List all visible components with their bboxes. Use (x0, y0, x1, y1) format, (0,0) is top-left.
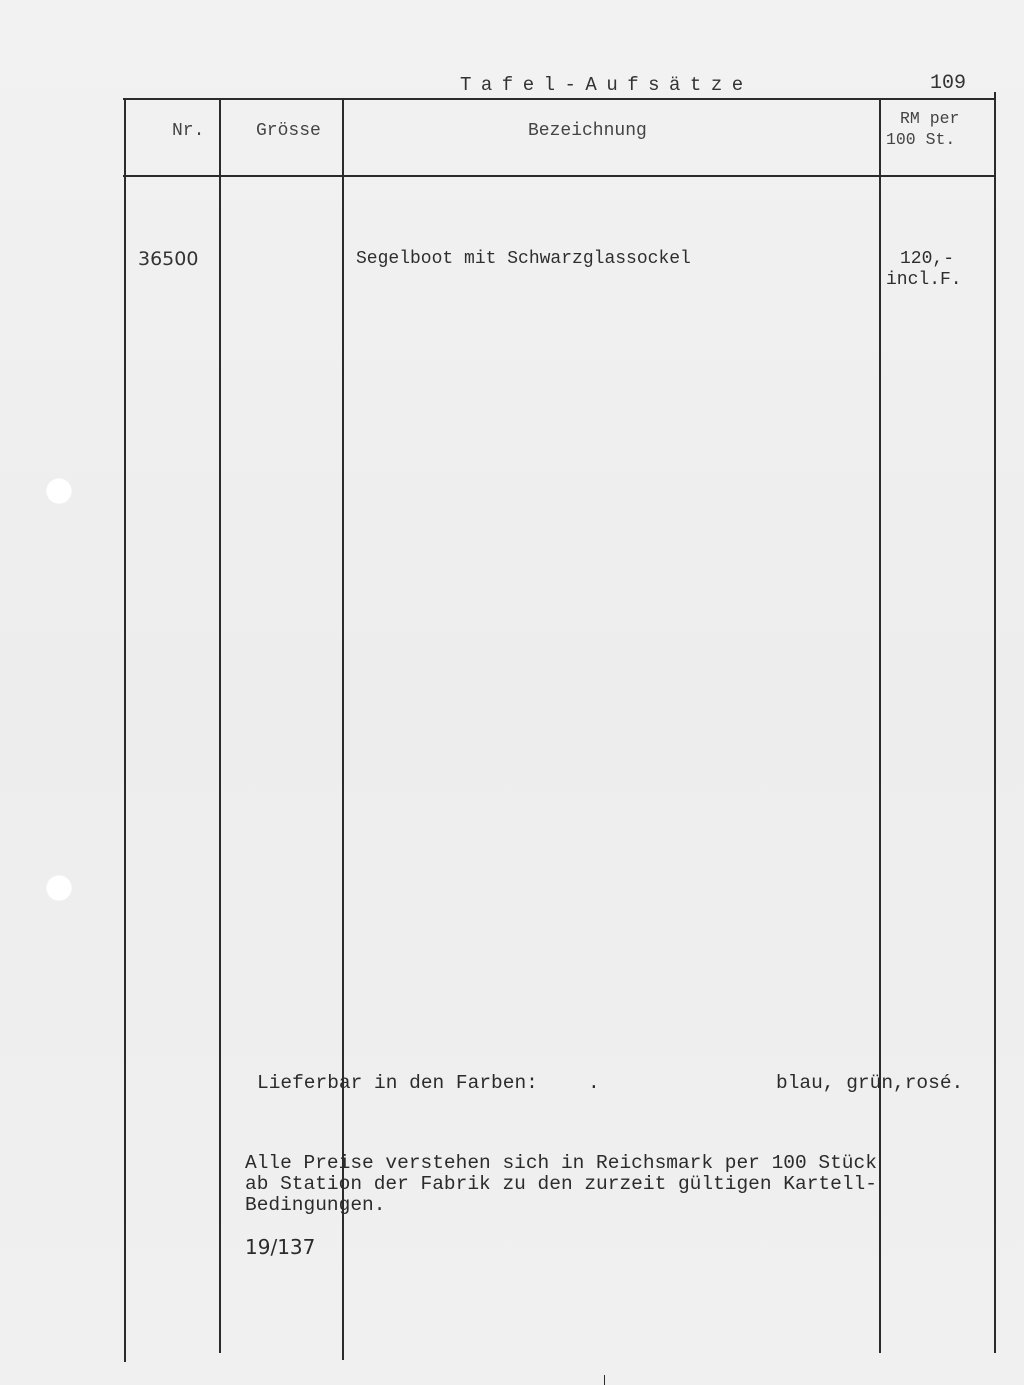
item-description: Segelboot mit Schwarzglassockel (356, 249, 691, 270)
punch-hole (46, 875, 72, 901)
reference-number: 19/137 (245, 1237, 315, 1258)
terms-line-1: Alle Preise verstehen sich in Reichsmark… (245, 1153, 877, 1174)
item-price-note: incl.F. (886, 270, 962, 291)
column-divider-bezeichnung (879, 98, 881, 1353)
header-bottom-border (123, 175, 996, 177)
colors-label: Lieferbar in den Farben: (257, 1073, 538, 1094)
item-price: 120,- (900, 249, 954, 270)
document-page: Tafel-Aufsätze 109 Nr. Grösse Bezeichnun… (0, 0, 1024, 1385)
column-header-price-line2: 100 St. (886, 129, 955, 150)
column-divider-nr (219, 98, 221, 1353)
item-number: 36500 (138, 249, 198, 270)
colors-dot: . (588, 1073, 600, 1094)
column-header-price-line1: RM per (900, 108, 959, 129)
colors-value: blau, grün,rosé. (776, 1073, 963, 1094)
table-left-border (124, 98, 126, 1362)
punch-hole (46, 478, 72, 504)
column-header-bezeichnung: Bezeichnung (528, 121, 647, 142)
column-header-nr: Nr. (172, 121, 204, 142)
column-header-groesse: Grösse (256, 121, 321, 142)
page-number: 109 (930, 72, 966, 95)
page-title: Tafel-Aufsätze (460, 74, 753, 96)
table-top-border (123, 98, 996, 100)
table-right-border (994, 92, 996, 1353)
terms-line-2: ab Station der Fabrik zu den zurzeit gül… (245, 1174, 877, 1195)
stray-tick (604, 1375, 605, 1385)
terms-line-3: Bedingungen. (245, 1195, 385, 1216)
